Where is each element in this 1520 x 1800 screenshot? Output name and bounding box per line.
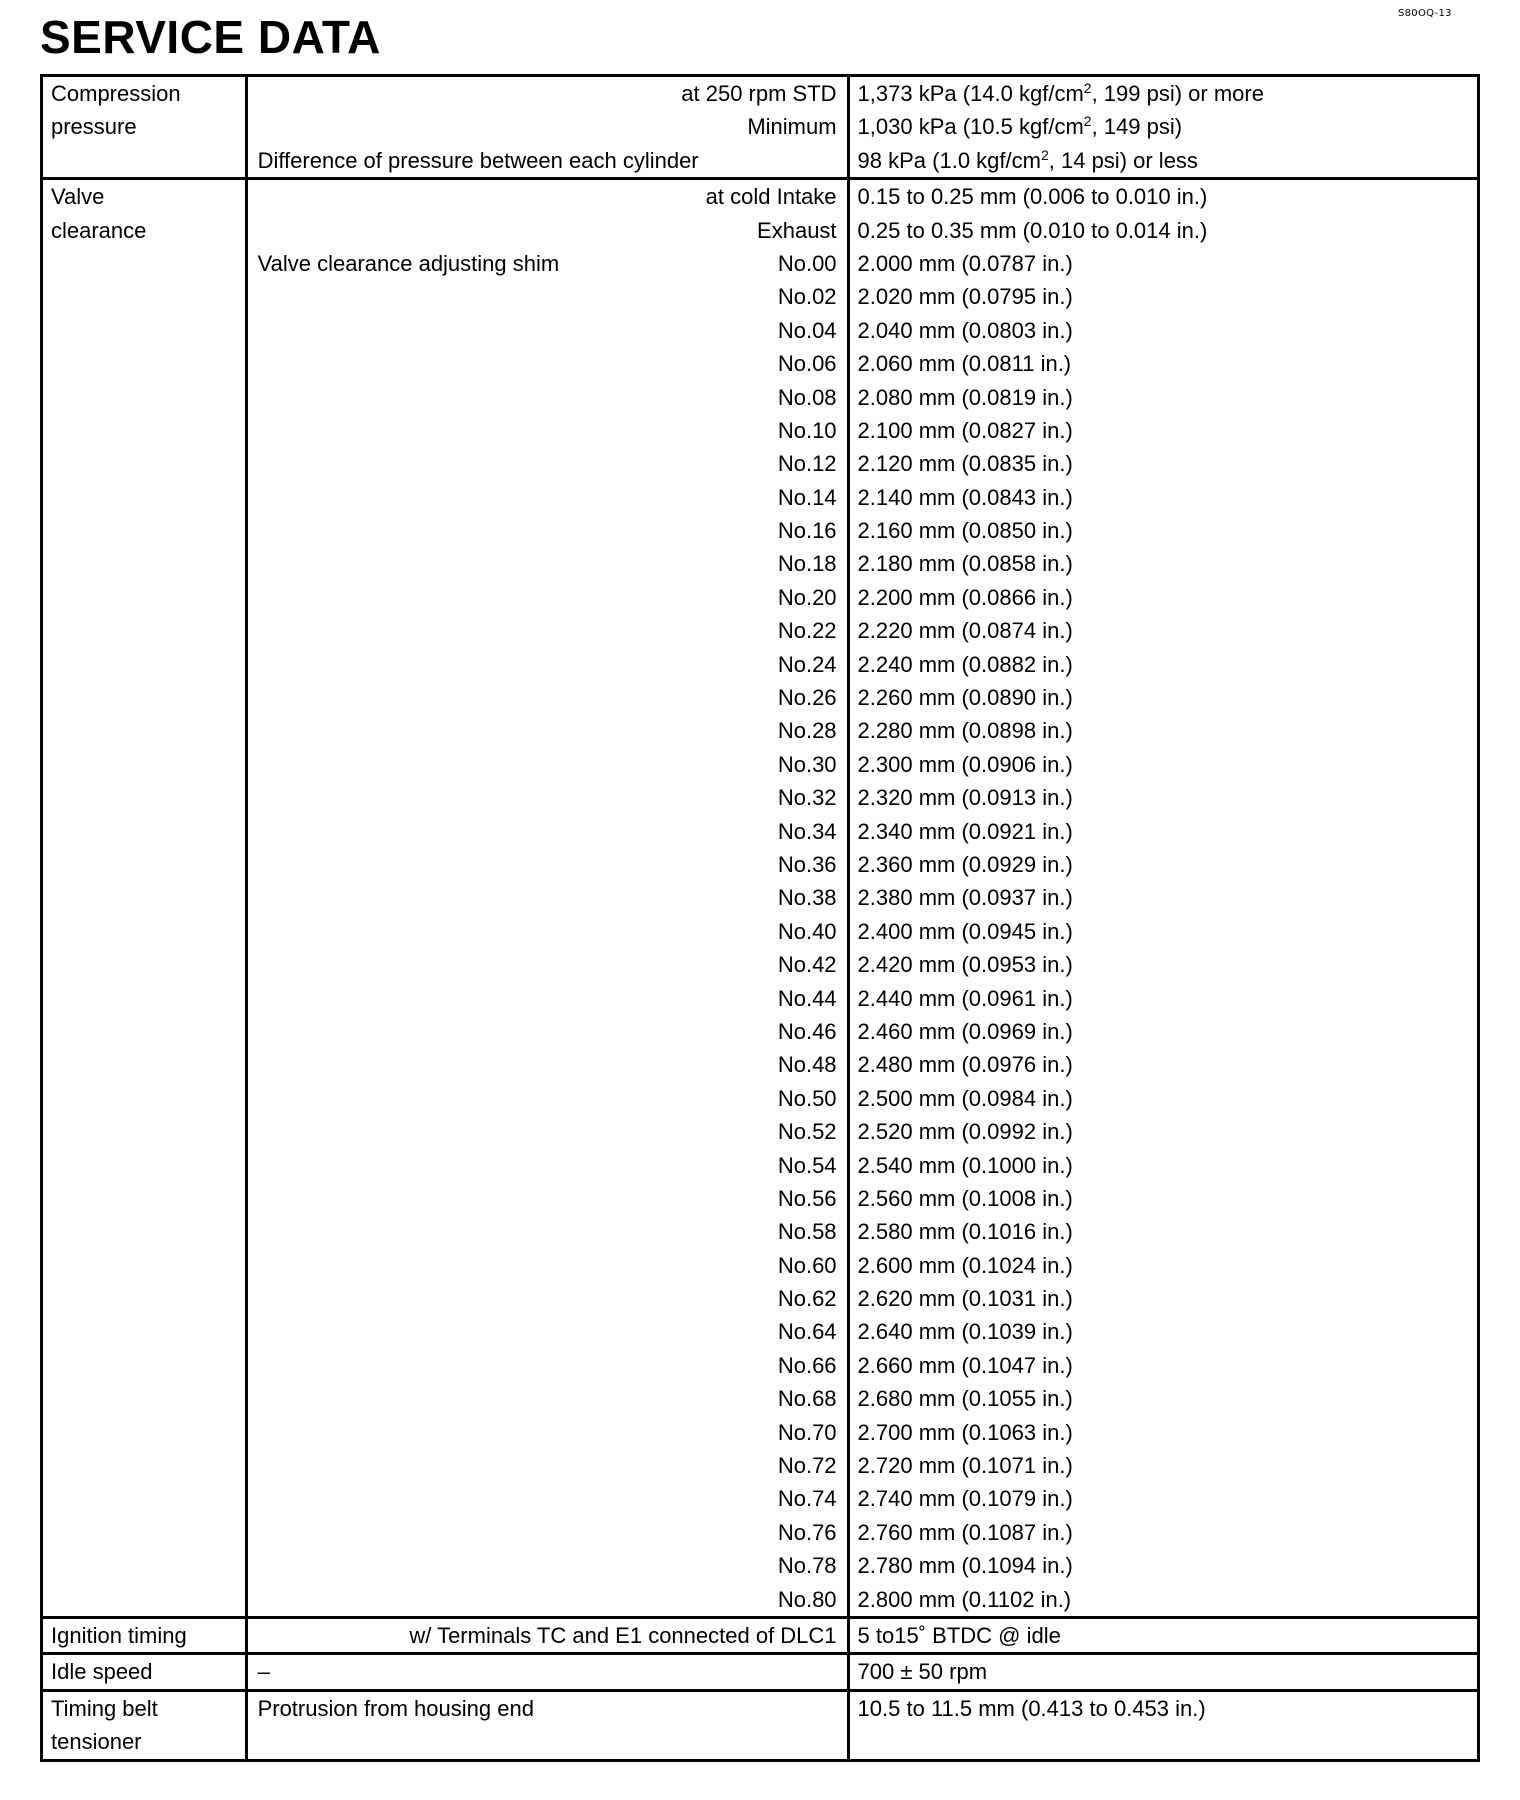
shim-number: No.54	[248, 1149, 847, 1182]
shim-number: No.36	[248, 848, 847, 881]
shim-thickness: 2.800 mm (0.1102 in.)	[850, 1583, 1477, 1616]
shim-number: No.42	[248, 948, 847, 981]
shim-number: No.28	[248, 714, 847, 747]
shim-thickness: 2.540 mm (0.1000 in.)	[850, 1149, 1477, 1182]
value-cell: 1,373 kPa (14.0 kgf/cm2, 199 psi) or mor…	[848, 76, 1478, 179]
shim-thickness: 2.700 mm (0.1063 in.)	[850, 1416, 1477, 1449]
item-label: Compression	[43, 77, 245, 110]
shim-thickness: 2.720 mm (0.1071 in.)	[850, 1449, 1477, 1482]
shim-thickness: 2.640 mm (0.1039 in.)	[850, 1315, 1477, 1348]
condition-cell: at 250 rpm STD Minimum Difference of pre…	[246, 76, 848, 179]
shim-thickness: 2.160 mm (0.0850 in.)	[850, 514, 1477, 547]
shim-number: No.68	[248, 1382, 847, 1415]
shim-number: No.78	[248, 1549, 847, 1582]
condition-cell: at cold Intake Exhaust Valve clearance a…	[246, 179, 848, 1618]
shim-number: No.50	[248, 1082, 847, 1115]
spec-value: 5 to15˚ BTDC @ idle	[850, 1619, 1477, 1652]
condition-cell: w/ Terminals TC and E1 connected of DLC1	[246, 1617, 848, 1653]
table-row-ignition-timing: Ignition timing w/ Terminals TC and E1 c…	[42, 1617, 1479, 1653]
shim-thickness: 2.760 mm (0.1087 in.)	[850, 1516, 1477, 1549]
condition-text: at 250 rpm STD	[248, 77, 847, 110]
shim-number: No.06	[248, 347, 847, 380]
condition-text: Exhaust	[248, 214, 847, 247]
condition-text: –	[248, 1655, 847, 1688]
item-label-cell: Idle speed	[42, 1654, 247, 1690]
shim-number: No.20	[248, 581, 847, 614]
shim-number: No.46	[248, 1015, 847, 1048]
shim-thickness: 2.780 mm (0.1094 in.)	[850, 1549, 1477, 1582]
table-row-idle-speed: Idle speed – 700 ± 50 rpm	[42, 1654, 1479, 1690]
shim-number: No.30	[248, 748, 847, 781]
item-label: clearance	[43, 214, 245, 247]
shim-number: No.40	[248, 915, 847, 948]
condition-text: Minimum	[248, 110, 847, 143]
shim-number: No.08	[248, 381, 847, 414]
shim-thickness: 2.300 mm (0.0906 in.)	[850, 748, 1477, 781]
shim-number: No.80	[248, 1583, 847, 1616]
shim-thickness: 2.660 mm (0.1047 in.)	[850, 1349, 1477, 1382]
item-label: tensioner	[43, 1725, 245, 1758]
spec-value: 0.25 to 0.35 mm (0.010 to 0.014 in.)	[850, 214, 1477, 247]
service-data-table: Compression pressure at 250 rpm STD Mini…	[40, 74, 1480, 1762]
shim-thickness: 2.120 mm (0.0835 in.)	[850, 447, 1477, 480]
shim-number: No.56	[248, 1182, 847, 1215]
item-label-cell: Timing belt tensioner	[42, 1690, 247, 1760]
shim-number: No.60	[248, 1249, 847, 1282]
condition-text: w/ Terminals TC and E1 connected of DLC1	[248, 1619, 847, 1652]
page-title: SERVICE DATA	[40, 10, 381, 64]
shim-number: No.74	[248, 1482, 847, 1515]
spec-value: 1,030 kPa (10.5 kgf/cm2, 149 psi)	[850, 110, 1477, 143]
shim-number: No.04	[248, 314, 847, 347]
condition-cell: –	[246, 1654, 848, 1690]
shim-number: No.34	[248, 815, 847, 848]
shim-thickness: 2.080 mm (0.0819 in.)	[850, 381, 1477, 414]
condition-text: Protrusion from housing end	[248, 1692, 847, 1725]
shim-thickness: 2.180 mm (0.0858 in.)	[850, 547, 1477, 580]
shim-thickness: 2.600 mm (0.1024 in.)	[850, 1249, 1477, 1282]
shim-number: No.16	[248, 514, 847, 547]
shim-number: No.38	[248, 881, 847, 914]
shim-thickness: 2.480 mm (0.0976 in.)	[850, 1048, 1477, 1081]
shim-thickness: 2.320 mm (0.0913 in.)	[850, 781, 1477, 814]
value-cell: 10.5 to 11.5 mm (0.413 to 0.453 in.)	[848, 1690, 1478, 1760]
spec-value: 0.15 to 0.25 mm (0.006 to 0.010 in.)	[850, 180, 1477, 213]
value-cell: 5 to15˚ BTDC @ idle	[848, 1617, 1478, 1653]
table-row-timing-belt-tensioner: Timing belt tensioner Protrusion from ho…	[42, 1690, 1479, 1760]
spec-value: 700 ± 50 rpm	[850, 1655, 1477, 1688]
spec-value: 10.5 to 11.5 mm (0.413 to 0.453 in.)	[850, 1692, 1477, 1725]
shim-number: No.52	[248, 1115, 847, 1148]
shim-thickness: 2.740 mm (0.1079 in.)	[850, 1482, 1477, 1515]
shim-number: No.32	[248, 781, 847, 814]
shim-thickness: 2.580 mm (0.1016 in.)	[850, 1215, 1477, 1248]
shim-label: Valve clearance adjusting shim	[258, 247, 560, 280]
shim-number: No.14	[248, 481, 847, 514]
shim-number: No.18	[248, 547, 847, 580]
shim-thickness: 2.200 mm (0.0866 in.)	[850, 581, 1477, 614]
item-label-cell: Valve clearance	[42, 179, 247, 1618]
item-label-cell: Compression pressure	[42, 76, 247, 179]
shim-number-text: No.00	[778, 247, 837, 280]
value-cell: 0.15 to 0.25 mm (0.006 to 0.010 in.) 0.2…	[848, 179, 1478, 1618]
shim-thickness: 2.420 mm (0.0953 in.)	[850, 948, 1477, 981]
value-cell: 700 ± 50 rpm	[848, 1654, 1478, 1690]
shim-number: No.48	[248, 1048, 847, 1081]
shim-thickness: 2.220 mm (0.0874 in.)	[850, 614, 1477, 647]
item-label-cell: Ignition timing	[42, 1617, 247, 1653]
shim-thickness: 2.520 mm (0.0992 in.)	[850, 1115, 1477, 1148]
shim-thickness: 2.400 mm (0.0945 in.)	[850, 915, 1477, 948]
condition-text: at cold Intake	[248, 180, 847, 213]
item-label: Ignition timing	[43, 1619, 245, 1652]
shim-thickness: 2.060 mm (0.0811 in.)	[850, 347, 1477, 380]
shim-thickness: 2.680 mm (0.1055 in.)	[850, 1382, 1477, 1415]
shim-thickness: 2.380 mm (0.0937 in.)	[850, 881, 1477, 914]
shim-number: No.22	[248, 614, 847, 647]
item-label: Idle speed	[43, 1655, 245, 1688]
shim-thickness: 2.340 mm (0.0921 in.)	[850, 815, 1477, 848]
shim-thickness: 2.260 mm (0.0890 in.)	[850, 681, 1477, 714]
shim-number: No.02	[248, 280, 847, 313]
shim-thickness: 2.360 mm (0.0929 in.)	[850, 848, 1477, 881]
shim-thickness: 2.140 mm (0.0843 in.)	[850, 481, 1477, 514]
shim-number: Valve clearance adjusting shimNo.00	[248, 247, 847, 280]
condition-text: Difference of pressure between each cyli…	[248, 144, 847, 177]
item-label: Valve	[43, 180, 245, 213]
shim-number: No.58	[248, 1215, 847, 1248]
shim-number: No.76	[248, 1516, 847, 1549]
shim-number: No.12	[248, 447, 847, 480]
item-label: Timing belt	[43, 1692, 245, 1725]
table-row-compression-pressure: Compression pressure at 250 rpm STD Mini…	[42, 76, 1479, 179]
shim-number: No.26	[248, 681, 847, 714]
shim-number: No.24	[248, 648, 847, 681]
shim-thickness: 2.500 mm (0.0984 in.)	[850, 1082, 1477, 1115]
shim-number: No.44	[248, 982, 847, 1015]
shim-number: No.64	[248, 1315, 847, 1348]
document-code: S80OQ-13	[1398, 8, 1452, 19]
shim-thickness: 2.020 mm (0.0795 in.)	[850, 280, 1477, 313]
shim-thickness: 2.460 mm (0.0969 in.)	[850, 1015, 1477, 1048]
shim-thickness: 2.040 mm (0.0803 in.)	[850, 314, 1477, 347]
table-row-valve-clearance: Valve clearance at cold Intake Exhaust V…	[42, 179, 1479, 1618]
shim-thickness: 2.560 mm (0.1008 in.)	[850, 1182, 1477, 1215]
shim-number: No.62	[248, 1282, 847, 1315]
shim-thickness: 2.240 mm (0.0882 in.)	[850, 648, 1477, 681]
shim-number: No.72	[248, 1449, 847, 1482]
shim-number: No.70	[248, 1416, 847, 1449]
spec-value: 98 kPa (1.0 kgf/cm2, 14 psi) or less	[850, 144, 1477, 177]
spec-value: 1,373 kPa (14.0 kgf/cm2, 199 psi) or mor…	[850, 77, 1477, 110]
condition-cell: Protrusion from housing end	[246, 1690, 848, 1760]
item-label: pressure	[43, 110, 245, 143]
shim-thickness: 2.100 mm (0.0827 in.)	[850, 414, 1477, 447]
shim-number: No.10	[248, 414, 847, 447]
shim-thickness: 2.440 mm (0.0961 in.)	[850, 982, 1477, 1015]
shim-thickness: 2.000 mm (0.0787 in.)	[850, 247, 1477, 280]
shim-number: No.66	[248, 1349, 847, 1382]
shim-thickness: 2.280 mm (0.0898 in.)	[850, 714, 1477, 747]
shim-thickness: 2.620 mm (0.1031 in.)	[850, 1282, 1477, 1315]
